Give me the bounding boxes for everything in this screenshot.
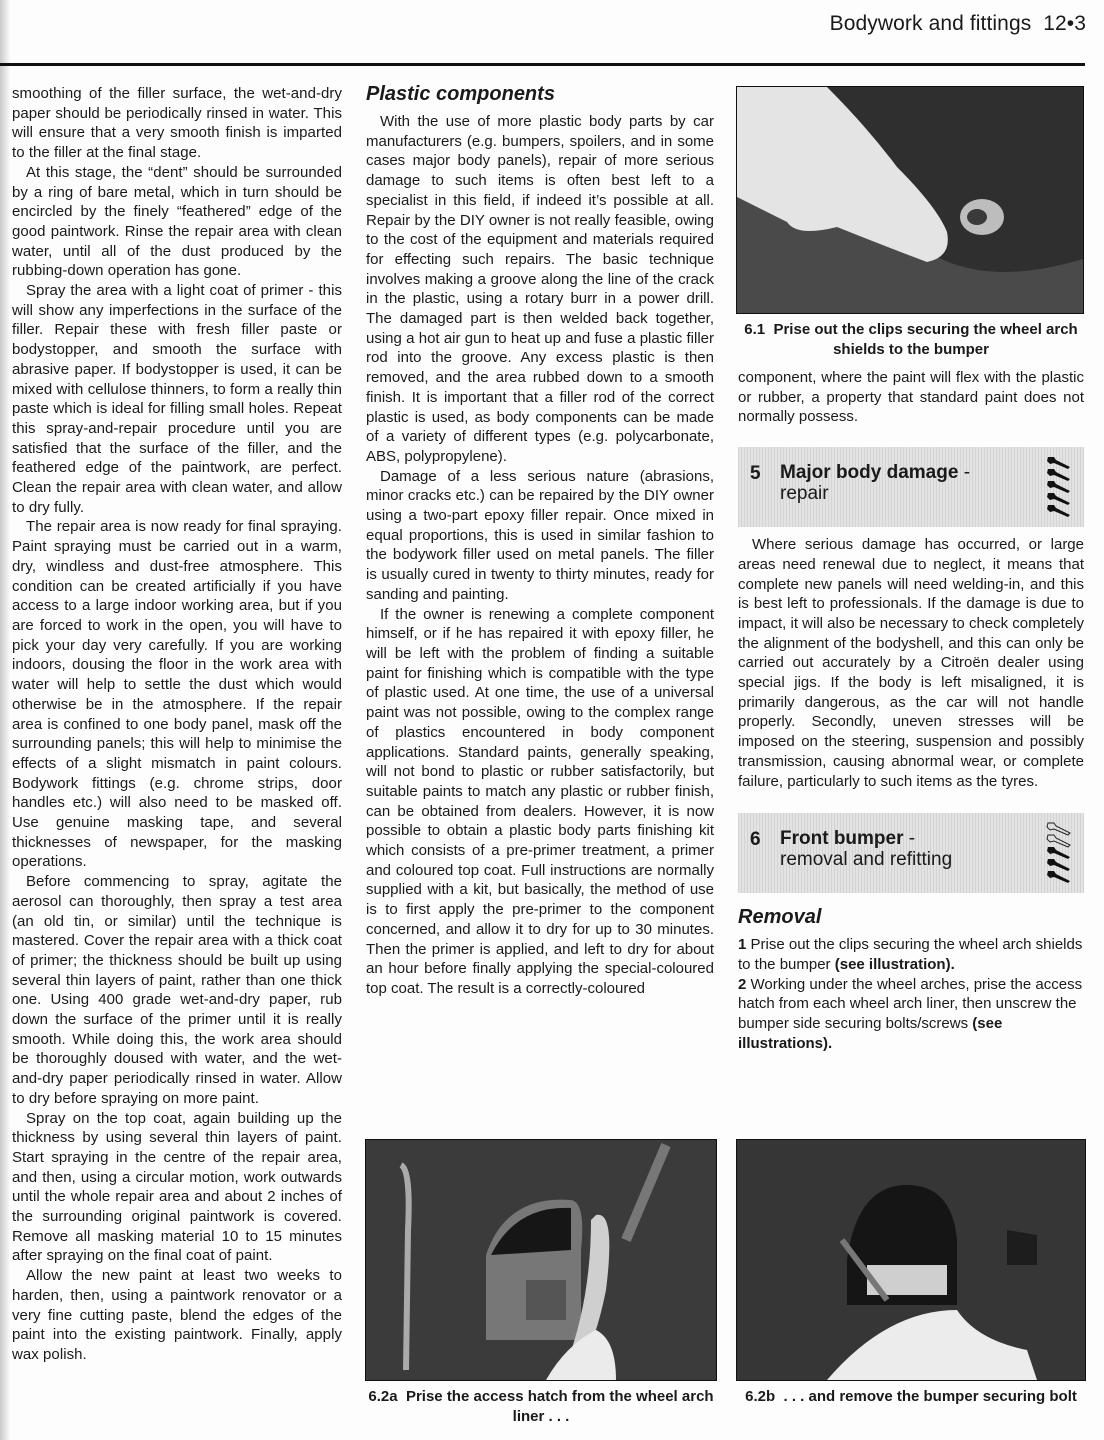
page-binding-shadow	[0, 0, 10, 1440]
paragraph: At this stage, the “dent” should be surr…	[12, 163, 342, 281]
paragraph: Where serious damage has occurred, or la…	[738, 535, 1084, 791]
paragraph: Spray the area with a light coat of prim…	[12, 281, 342, 517]
section-title: Front bumper - removal and refitting	[780, 828, 952, 870]
section-6-header: 6 Front bumper - removal and refitting	[738, 813, 1084, 893]
step-1: 1 Prise out the clips securing the wheel…	[738, 935, 1084, 974]
subheading-removal: Removal	[738, 905, 1084, 929]
section-5-header: 5 Major body damage - repair	[738, 447, 1084, 527]
paragraph: Spray on the top coat, again building up…	[12, 1109, 342, 1267]
paragraph-continuation: component, where the paint will flex wit…	[738, 368, 1084, 427]
middle-column: Plastic components With the use of more …	[366, 82, 714, 999]
paragraph: If the owner is renewing a complete comp…	[366, 605, 714, 999]
paragraph: With the use of more plastic body parts …	[366, 112, 714, 467]
illustration-reference: (see illustration)	[835, 956, 951, 973]
paragraph: smoothing of the filler surface, the wet…	[12, 84, 342, 163]
difficulty-three-wrenches-icon	[1046, 821, 1072, 885]
header-rule	[0, 63, 1085, 66]
left-column: smoothing of the filler surface, the wet…	[12, 84, 342, 1365]
paragraph: Allow the new paint at least two weeks t…	[12, 1266, 342, 1365]
figure-6-2a-photo	[365, 1139, 717, 1381]
paragraph: Damage of a less serious nature (abrasio…	[366, 467, 714, 605]
paragraph: Before commencing to spray, agitate the …	[12, 872, 342, 1108]
photo-bumper-securing-bolt	[737, 1140, 1086, 1380]
chapter-title: Bodywork and fittings	[830, 12, 1032, 35]
section-title: Major body damage - repair	[780, 462, 970, 504]
figure-6-2a-caption: 6.2a Prise the access hatch from the whe…	[365, 1387, 717, 1427]
section-number: 6	[750, 830, 761, 850]
paragraph: The repair area is now ready for final s…	[12, 517, 342, 872]
figure-6-1-photo	[736, 86, 1084, 314]
figure-6-2b-caption: 6.2b . . . and remove the bumper securin…	[736, 1387, 1086, 1407]
figure-6-2a: 6.2a Prise the access hatch from the whe…	[365, 1139, 717, 1427]
figure-6-2b: 6.2b . . . and remove the bumper securin…	[736, 1139, 1086, 1407]
figure-6-2b-photo	[736, 1139, 1086, 1381]
right-column: 6.1 Prise out the clips securing the whe…	[738, 86, 1084, 1053]
page-number: 12•3	[1043, 12, 1086, 35]
section-heading-plastic-components: Plastic components	[366, 82, 714, 106]
photo-access-hatch	[366, 1140, 717, 1380]
section-number: 5	[750, 464, 761, 484]
figure-6-1-caption: 6.1 Prise out the clips securing the whe…	[738, 320, 1084, 360]
photo-hand-prising-clip	[737, 87, 1084, 313]
running-header: Bodywork and fittings 12•3	[830, 12, 1086, 36]
step-2: 2 Working under the wheel arches, prise …	[738, 975, 1084, 1054]
difficulty-five-wrenches-icon	[1046, 455, 1072, 519]
